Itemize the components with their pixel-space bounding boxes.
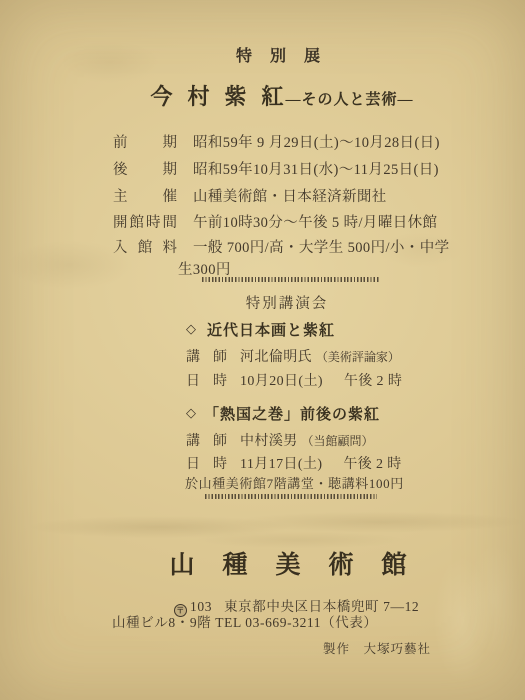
- lecture-date-label-1: 日時: [186, 370, 227, 390]
- lecture-date-2: 11月17日(土) 午後 2 時: [240, 453, 402, 473]
- museum-name: 山種美術館: [169, 545, 434, 581]
- lecture-date-label-2: 日時: [186, 453, 227, 473]
- lecture-date-text: 11月17日(土): [240, 457, 322, 472]
- info-value-second-period: 昭和59年10月31日(水)〜11月25日(日): [193, 158, 439, 179]
- exhibition-title-line: 今村紫紅―その人と芸術―: [150, 80, 413, 111]
- hatched-divider-bottom: [205, 494, 377, 499]
- info-value-first-period: 昭和59年 9 月29日(土)〜10月28日(日): [193, 131, 440, 152]
- address-line-2: 山種ビル8・9階 TEL 03-669-3211（代表）: [112, 611, 378, 631]
- lecture-date-text: 10月20日(土): [240, 374, 323, 389]
- diamond-bullet-icon: ◇: [186, 321, 196, 337]
- production-credit: 製作 大塚巧藝社: [323, 639, 431, 657]
- exhibition-title: 今村紫紅: [150, 84, 298, 109]
- info-label-admission: 入館料: [113, 236, 177, 257]
- info-label-first-period: 前期: [113, 131, 177, 152]
- lecture-speaker-label-1: 講師: [186, 346, 227, 366]
- lecture-date-1: 10月20日(土) 午後 2 時: [240, 370, 402, 390]
- lecture-time-text: 午後 2 時: [343, 457, 401, 472]
- speaker-name: 中村溪男: [240, 434, 298, 449]
- diamond-bullet-icon: ◇: [186, 405, 196, 421]
- lecture-venue-note: 於山種美術館7階講堂・聴講料100円: [185, 473, 404, 492]
- speaker-note: （美術評論家）: [316, 350, 400, 364]
- info-value-admission: 一般 700円/高・大学生 500円/小・中学: [193, 236, 450, 257]
- speaker-name: 河北倫明氏: [240, 350, 312, 365]
- lecture-title-2: 「熱国之巻」前後の紫紅: [204, 403, 380, 424]
- info-label-hours: 開館時間: [113, 211, 177, 232]
- info-label-organizer: 主催: [113, 185, 177, 206]
- lecture-speaker-1: 河北倫明氏 （美術評論家）: [240, 346, 400, 366]
- exhibition-flyer: 特別展 今村紫紅―その人と芸術― 前期 昭和59年 9 月29日(土)〜10月2…: [0, 0, 525, 700]
- lecture-speaker-2: 中村溪男 （当館顧問）: [240, 430, 374, 450]
- exhibition-type-label: 特別展: [236, 43, 338, 66]
- info-label-second-period: 後期: [113, 158, 177, 179]
- info-value-hours: 午前10時30分〜午後 5 時/月曜日休館: [193, 211, 437, 232]
- info-value-admission-wrap: 生300円: [178, 258, 231, 279]
- info-value-organizer: 山種美術館・日本経済新聞社: [193, 185, 387, 206]
- lecture-title-1: 近代日本画と紫紅: [207, 319, 335, 340]
- speaker-note: （当館顧問）: [302, 434, 374, 448]
- lecture-section-heading: 特別講演会: [246, 292, 329, 313]
- lecture-time-text: 午後 2 時: [344, 374, 402, 389]
- hatched-divider-top: [202, 277, 379, 282]
- exhibition-subtitle: ―その人と芸術―: [286, 92, 414, 108]
- lecture-speaker-label-2: 講師: [186, 430, 227, 450]
